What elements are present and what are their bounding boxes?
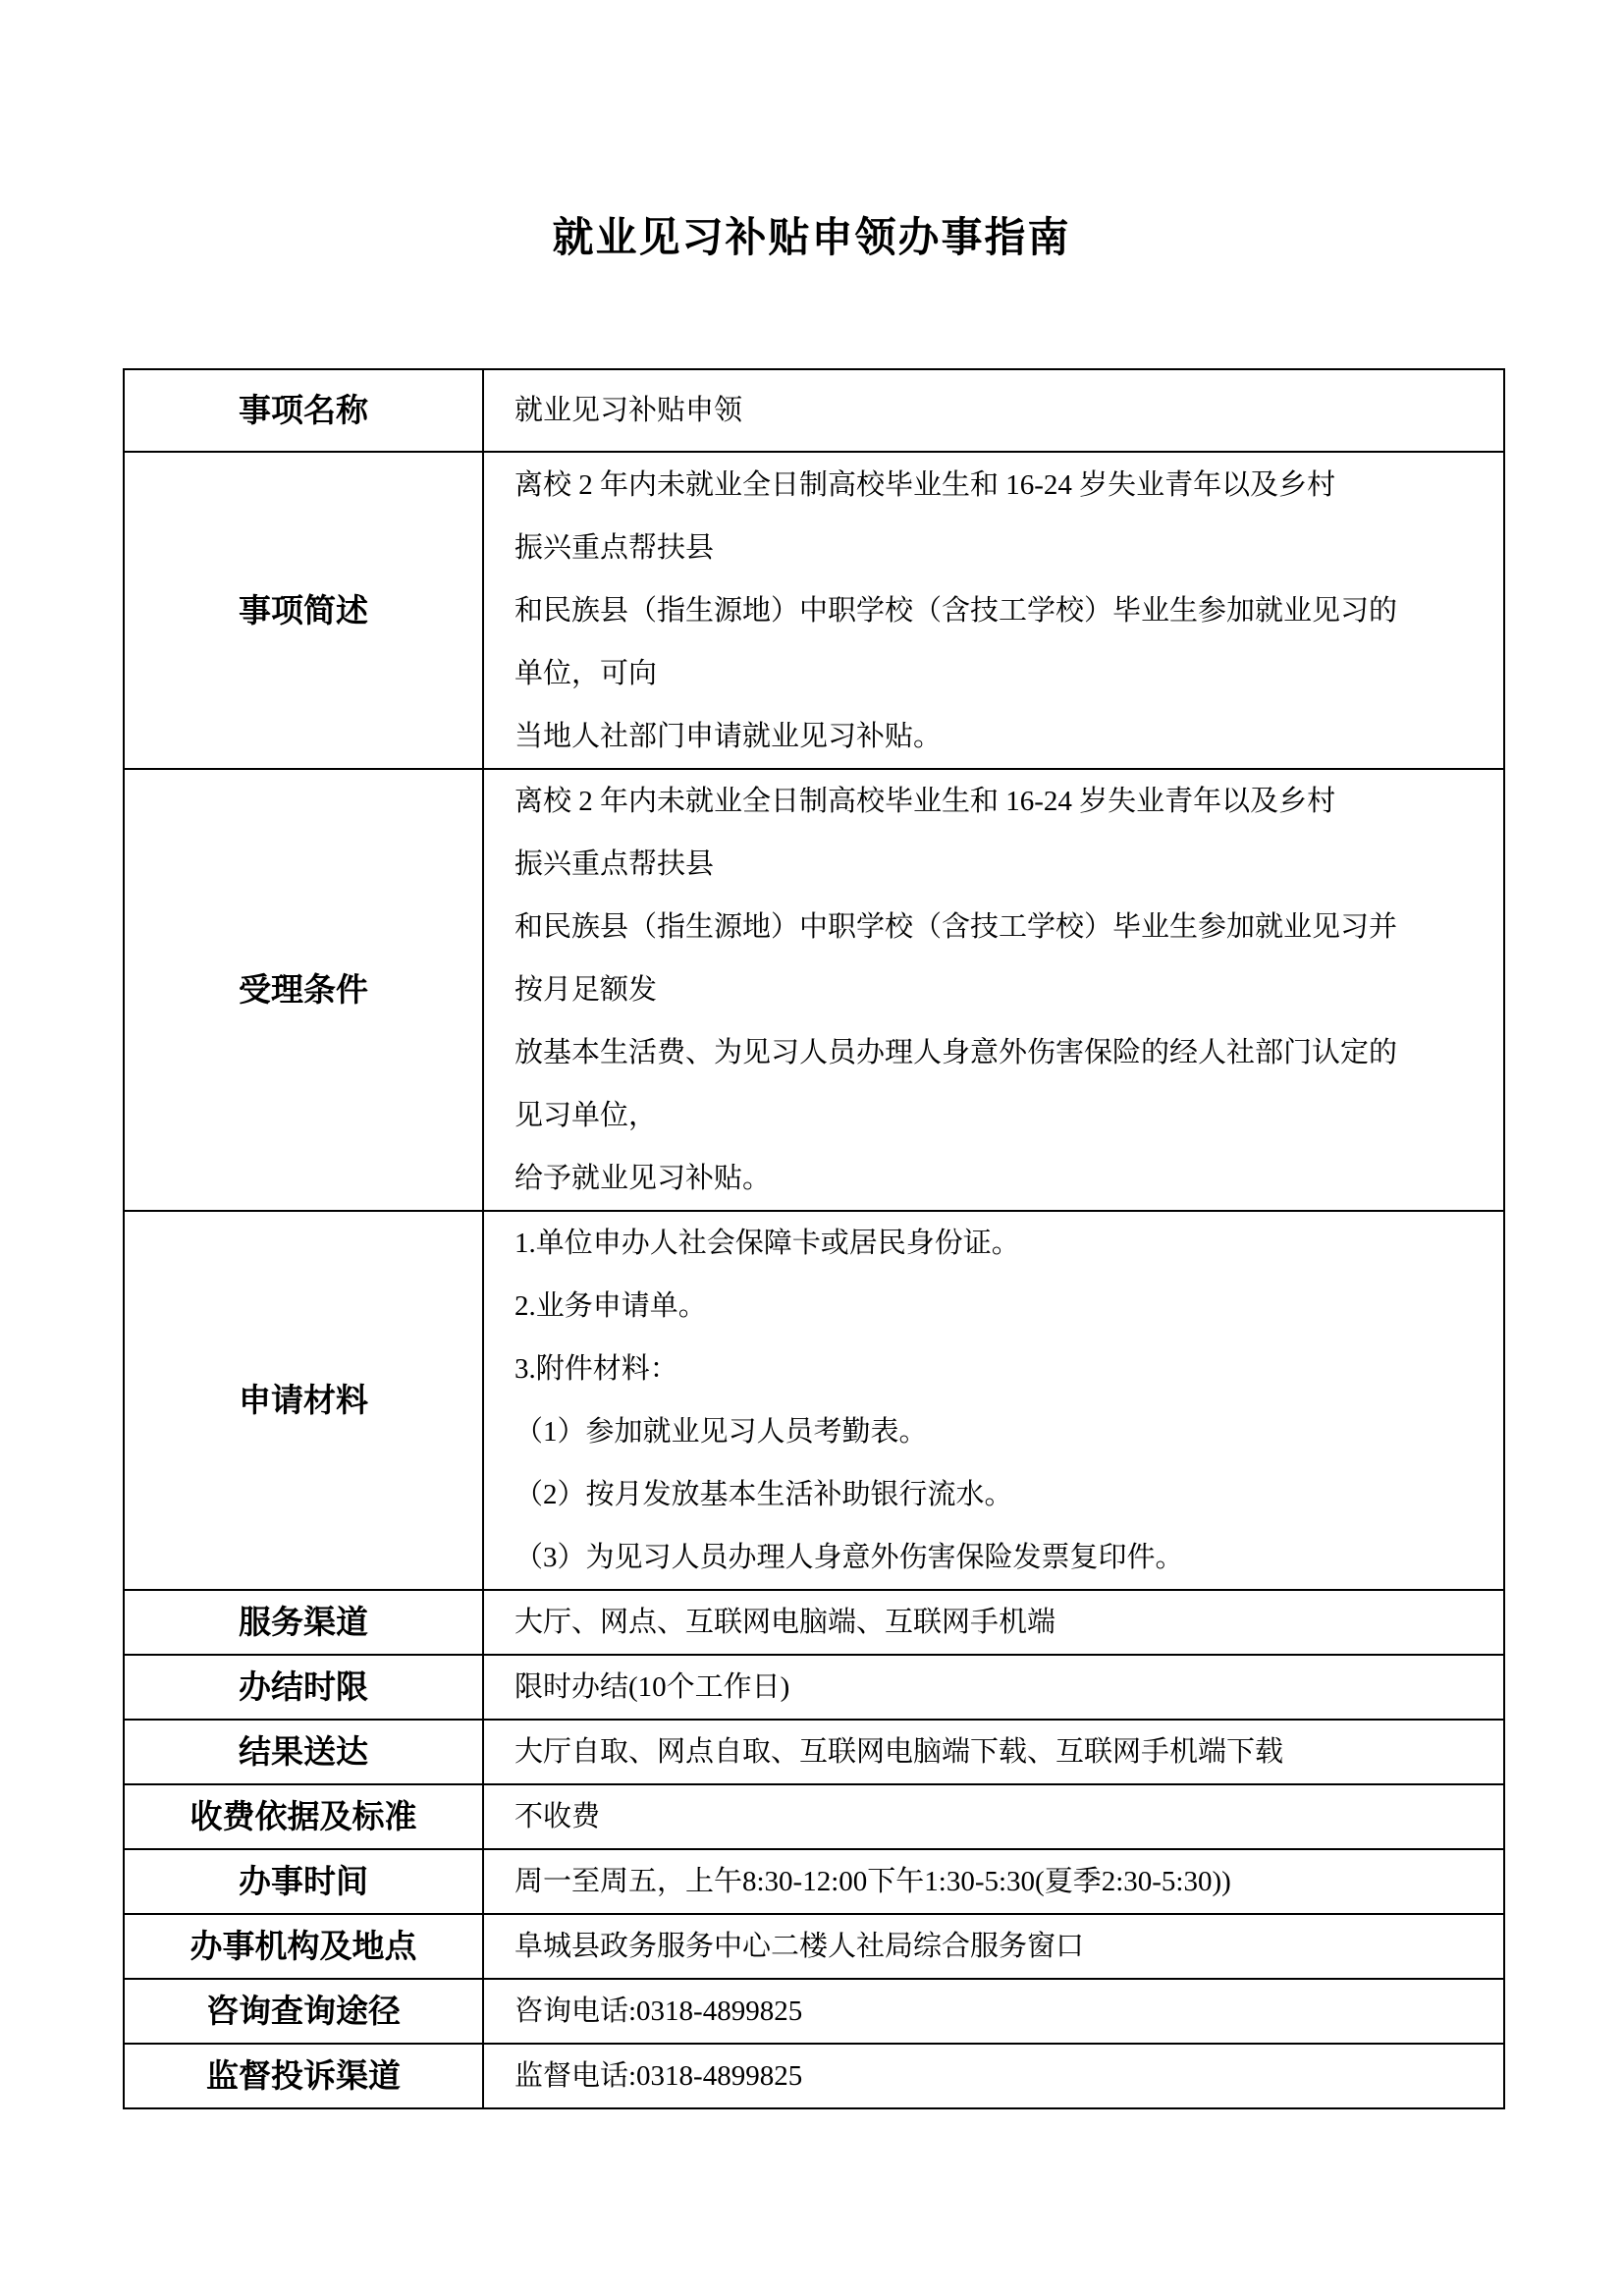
value-line: （1）参加就业见习人员考勤表。: [514, 1400, 1486, 1463]
row-label: 服务渠道: [124, 1590, 483, 1655]
row-label-text: 申请材料: [239, 1382, 368, 1418]
row-value: 大厅自取、网点自取、互联网电脑端下载、互联网手机端下载: [483, 1720, 1504, 1784]
value-line: 3.附件材料：: [514, 1338, 1486, 1400]
row-label-text: 办事机构及地点: [190, 1928, 417, 1964]
row-label: 申请材料: [124, 1211, 483, 1590]
row-value: 大厅、网点、互联网电脑端、互联网手机端: [483, 1590, 1504, 1655]
row-label-text: 结果送达: [239, 1733, 368, 1770]
row-value: 离校 2 年内未就业全日制高校毕业生和 16-24 岁失业青年以及乡村 振兴重点…: [483, 769, 1504, 1211]
value-line: 不收费: [514, 1785, 1486, 1848]
value-line: 振兴重点帮扶县: [514, 833, 1486, 896]
table-row: 服务渠道 大厅、网点、互联网电脑端、互联网手机端: [124, 1590, 1504, 1655]
row-value: 1.单位申办人社会保障卡或居民身份证。 2.业务申请单。 3.附件材料： （1）…: [483, 1211, 1504, 1590]
value-line: 单位，可向: [514, 642, 1486, 705]
row-label-text: 事项名称: [239, 392, 368, 428]
table-row: 事项简述 离校 2 年内未就业全日制高校毕业生和 16-24 岁失业青年以及乡村…: [124, 452, 1504, 769]
table-row: 收费依据及标准 不收费: [124, 1784, 1504, 1849]
row-label: 结果送达: [124, 1720, 483, 1784]
row-label: 受理条件: [124, 769, 483, 1211]
value-line: 离校 2 年内未就业全日制高校毕业生和 16-24 岁失业青年以及乡村: [514, 770, 1486, 833]
value-line: 放基本生活费、为见习人员办理人身意外伤害保险的经人社部门认定的: [514, 1021, 1486, 1084]
value-line: 2.业务申请单。: [514, 1275, 1486, 1338]
row-value: 限时办结(10个工作日): [483, 1655, 1504, 1720]
row-label: 办事机构及地点: [124, 1914, 483, 1979]
value-line: 和民族县（指生源地）中职学校（含技工学校）毕业生参加就业见习的: [514, 579, 1486, 642]
value-line: （3）为见习人员办理人身意外伤害保险发票复印件。: [514, 1526, 1486, 1589]
table-row: 办事机构及地点 阜城县政务服务中心二楼人社局综合服务窗口: [124, 1914, 1504, 1979]
row-value: 监督电话:0318-4899825: [483, 2044, 1504, 2108]
row-label-text: 监督投诉渠道: [206, 2057, 401, 2094]
row-label: 事项名称: [124, 369, 483, 452]
value-line: 限时办结(10个工作日): [514, 1656, 1486, 1719]
row-label: 咨询查询途径: [124, 1979, 483, 2044]
page-title: 就业见习补贴申领办事指南: [0, 212, 1623, 263]
table-row: 办事时间 周一至周五，上午8:30-12:00下午1:30-5:30(夏季2:3…: [124, 1849, 1504, 1914]
value-line: 按月足额发: [514, 958, 1486, 1021]
table-row: 申请材料 1.单位申办人社会保障卡或居民身份证。 2.业务申请单。 3.附件材料…: [124, 1211, 1504, 1590]
row-label-text: 服务渠道: [239, 1604, 368, 1640]
value-line: 当地人社部门申请就业见习补贴。: [514, 705, 1486, 768]
table-row: 事项名称 就业见习补贴申领: [124, 369, 1504, 452]
value-line: 监督电话:0318-4899825: [514, 2045, 1486, 2107]
value-line: 和民族县（指生源地）中职学校（含技工学校）毕业生参加就业见习并: [514, 896, 1486, 958]
value-line: 1.单位申办人社会保障卡或居民身份证。: [514, 1212, 1486, 1275]
row-value: 就业见习补贴申领: [483, 369, 1504, 452]
row-label: 收费依据及标准: [124, 1784, 483, 1849]
value-line: 给予就业见习补贴。: [514, 1147, 1486, 1210]
row-value: 不收费: [483, 1784, 1504, 1849]
row-label-text: 受理条件: [239, 971, 368, 1008]
table-row: 办结时限 限时办结(10个工作日): [124, 1655, 1504, 1720]
guide-table: 事项名称 就业见习补贴申领 事项简述 离校 2 年内未就业全日制高校毕业生和 1…: [123, 368, 1505, 2109]
table-row: 结果送达 大厅自取、网点自取、互联网电脑端下载、互联网手机端下载: [124, 1720, 1504, 1784]
row-label-text: 收费依据及标准: [190, 1798, 417, 1834]
table-row: 监督投诉渠道 监督电话:0318-4899825: [124, 2044, 1504, 2108]
value-line: 见习单位，: [514, 1084, 1486, 1147]
value-line: 振兴重点帮扶县: [514, 517, 1486, 579]
value-line: 咨询电话:0318-4899825: [514, 1980, 1486, 2043]
row-label-text: 咨询查询途径: [206, 1993, 401, 2029]
row-value: 阜城县政务服务中心二楼人社局综合服务窗口: [483, 1914, 1504, 1979]
row-value: 离校 2 年内未就业全日制高校毕业生和 16-24 岁失业青年以及乡村 振兴重点…: [483, 452, 1504, 769]
document-page: 就业见习补贴申领办事指南 事项名称 就业见习补贴申领 事项简述 离校 2 年内未…: [0, 0, 1623, 2296]
row-label-text: 事项简述: [239, 592, 368, 629]
row-label: 办事时间: [124, 1849, 483, 1914]
value-line: 周一至周五，上午8:30-12:00下午1:30-5:30(夏季2:30-5:3…: [514, 1850, 1486, 1913]
row-label: 事项简述: [124, 452, 483, 769]
row-value: 周一至周五，上午8:30-12:00下午1:30-5:30(夏季2:30-5:3…: [483, 1849, 1504, 1914]
row-value: 咨询电话:0318-4899825: [483, 1979, 1504, 2044]
value-line: 大厅、网点、互联网电脑端、互联网手机端: [514, 1591, 1486, 1654]
value-line: 大厅自取、网点自取、互联网电脑端下载、互联网手机端下载: [514, 1721, 1486, 1783]
table-row: 受理条件 离校 2 年内未就业全日制高校毕业生和 16-24 岁失业青年以及乡村…: [124, 769, 1504, 1211]
row-label: 办结时限: [124, 1655, 483, 1720]
table-row: 咨询查询途径 咨询电话:0318-4899825: [124, 1979, 1504, 2044]
row-label: 监督投诉渠道: [124, 2044, 483, 2108]
value-line: （2）按月发放基本生活补助银行流水。: [514, 1463, 1486, 1526]
row-label-text: 办结时限: [239, 1668, 368, 1705]
value-line: 离校 2 年内未就业全日制高校毕业生和 16-24 岁失业青年以及乡村: [514, 454, 1486, 517]
row-label-text: 办事时间: [239, 1863, 368, 1899]
value-line: 阜城县政务服务中心二楼人社局综合服务窗口: [514, 1915, 1486, 1978]
value-line: 就业见习补贴申领: [514, 379, 1486, 442]
